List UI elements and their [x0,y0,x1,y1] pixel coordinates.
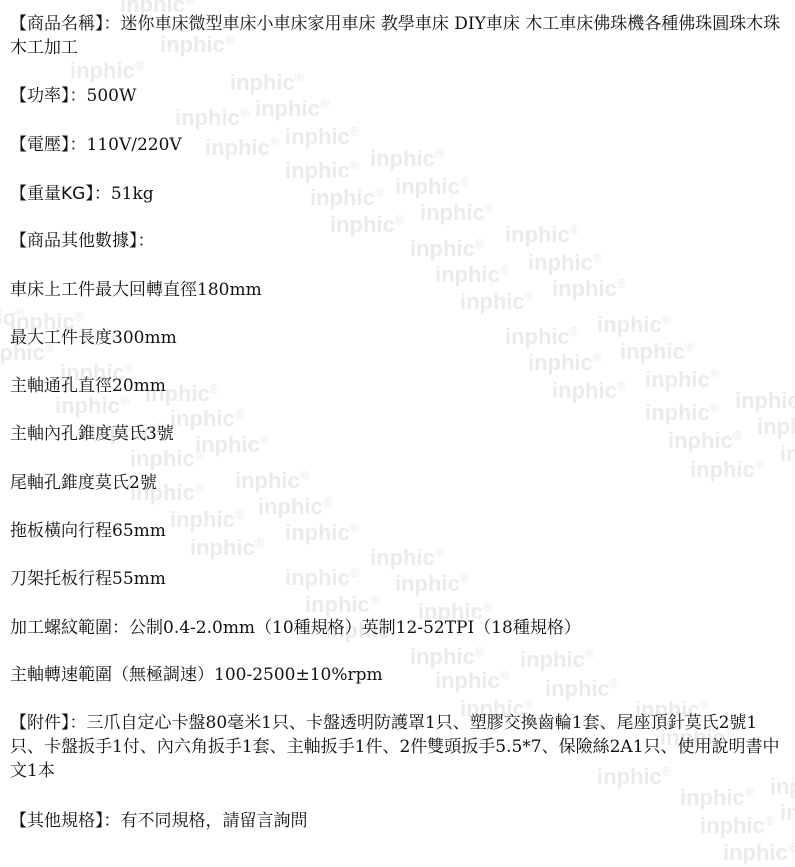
power-value: 500W [87,86,137,106]
watermark-text: inphic® [258,494,332,520]
accessories-label: 【附件】： [10,713,87,733]
spec-item: 車床上工件最大回轉直徑180mm [10,278,785,302]
spec-item: 加工螺紋範圍：公制0.4-2.0mm（10種規格）英制12-52TPI（18種規… [10,616,785,640]
watermark-text: inphic® [130,446,204,472]
power-line: 【功率】：500W [10,84,785,108]
weight-label: 【重量KG】： [10,184,111,204]
accessories-value: 三爪自定心卡盤80毫米1只、卡盤透明防護罩1只、塑膠交換齒輪1套、尾座頂針莫氏2… [10,713,780,781]
watermark-text: inphic® [305,592,379,618]
weight-value: 51kg [111,184,154,204]
spec-item: 主軸轉速範圍（無極調速）100-2500±10%rpm [10,663,785,687]
watermark-text: inphic® [680,785,754,811]
product-name-value: 迷你車床微型車床小車床家用車床 教學車床 DIY車床 木工車床佛珠機各種佛珠圓珠… [10,14,780,58]
accessories-line: 【附件】：三爪自定心卡盤80毫米1只、卡盤透明防護罩1只、塑膠交換齒輪1套、尾座… [10,711,785,783]
watermark-text: inphic® [528,250,602,276]
page-edge-divider [792,0,793,867]
watermark-text: inphic® [175,105,249,131]
voltage-value: 110V/220V [87,135,182,155]
watermark-text: inphic® [70,58,144,84]
spec-item: 主軸通孔直徑20mm [10,374,785,398]
other-specs-label: 【其他規格】： [10,811,121,831]
spec-item: 拖板橫向行程65mm [10,519,785,543]
watermark-text: inphic® [528,350,602,376]
product-name-line: 【商品名稱】：迷你車床微型車床小車床家用車床 教學車床 DIY車床 木工車床佛珠… [10,12,785,60]
product-name-label: 【商品名稱】： [10,14,121,34]
other-specs-line: 【其他規格】：有不同規格，請留言詢問 [10,809,785,833]
other-data-label: 【商品其他數據】： [10,231,155,251]
spec-item: 主軸內孔錐度莫氏3號 [10,422,785,446]
watermark-text: inphic® [723,840,795,866]
voltage-label: 【電壓】： [10,135,87,155]
spec-item: 刀架托板行程55mm [10,567,785,591]
power-label: 【功率】： [10,86,87,106]
other-specs-value: 有不同規格，請留言詢問 [121,811,308,831]
weight-line: 【重量KG】：51kg [10,182,785,206]
voltage-line: 【電壓】：110V/220V [10,133,785,157]
other-data-heading: 【商品其他數據】： [10,229,785,253]
spec-item: 最大工件長度300mm [10,326,785,350]
spec-item: 尾軸孔錐度莫氏2號 [10,471,785,495]
watermark-text: inphic® [285,158,359,184]
